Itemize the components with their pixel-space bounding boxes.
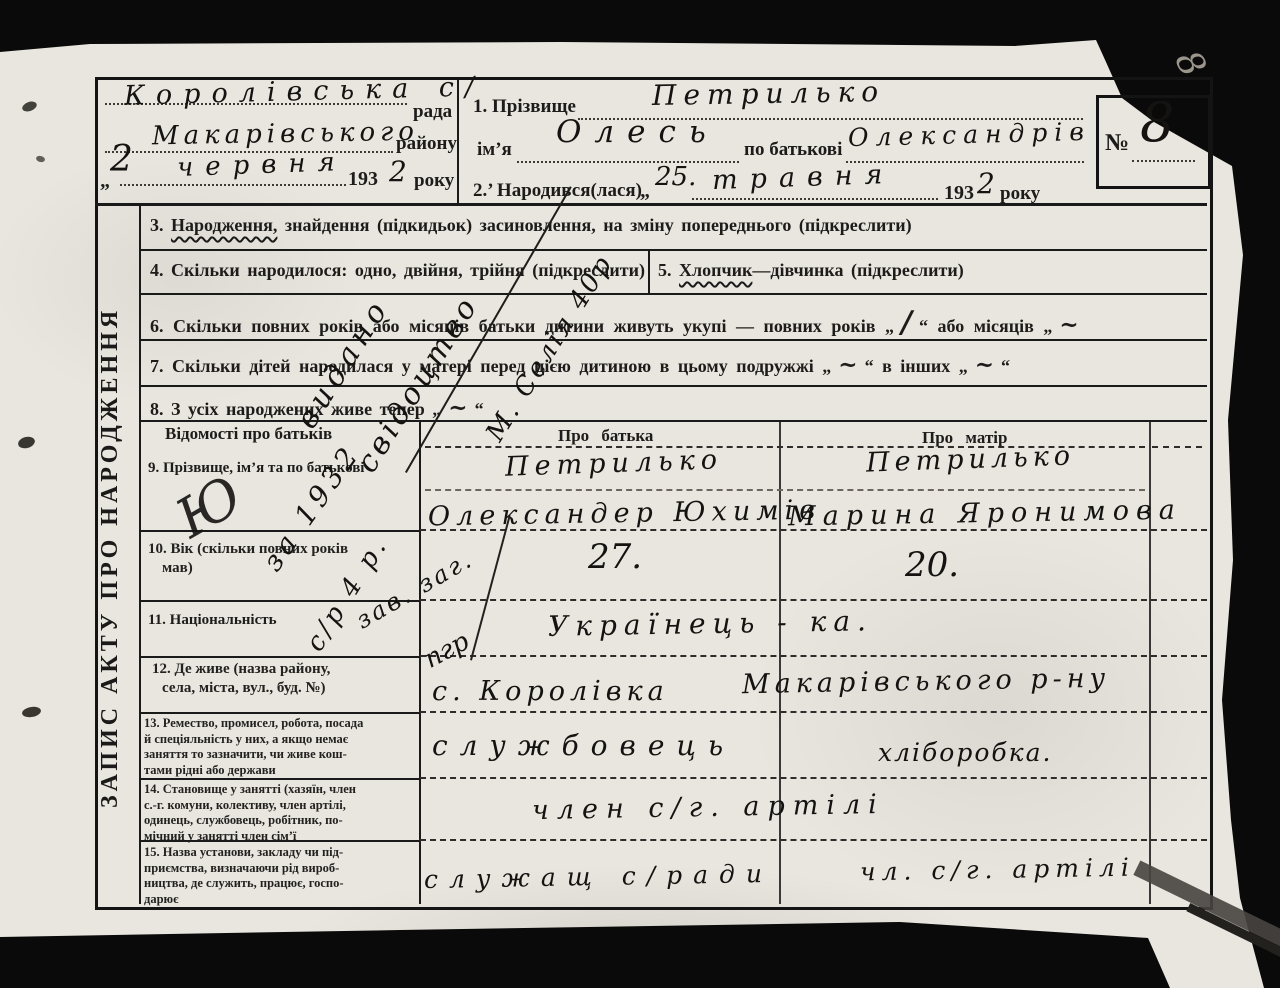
scanned-document: 8 ЗАПИС АКТУ ПРО НАРОДЖЕННЯ рада Королів… [0,0,1280,988]
row15-label-line2: приємства, визначаючи рід вироб- [144,861,416,877]
row15-label-line3: ництва, де служить, працює, госпо- [144,876,416,892]
date-month-handwritten: червня [177,149,347,181]
row12-village-handwritten: с. Королівка [432,678,669,705]
item-6-mark2-handwritten: ~ [1052,311,1085,338]
row14-label: 14. Становище у занятті (хазяїн, член с.… [144,782,416,844]
birth-year-digit-handwritten: 2 [977,170,995,198]
row10-label: 10. Вік (скільки повних років мав) [148,540,348,578]
rule-line [139,206,141,904]
row13-label-line3: заняття то зазначити, чи живе кош- [144,747,416,763]
council-suffix-label: рада [413,101,452,123]
row12-label: 12. Де живе (назва району, села, міста, … [152,660,330,698]
year-prefix-label: 193 [348,168,378,191]
item-6-text2: “ або місяців „ [919,316,1052,336]
row12-district-handwritten: Макарівського р-ну [742,665,1111,698]
rule-line [140,778,420,780]
item-7-text: 7. Скільки дітей народилася у матері пер… [150,356,831,376]
patronymic-field-label: по батькові [744,139,842,161]
rule-line [420,839,1207,841]
name-field-label: ім’я [477,139,512,161]
date-day-handwritten: 2 [110,142,133,178]
item-5: 5. Хлопчик—дівчинка (підкреслити) [658,260,964,281]
row9-father-surname-handwritten: Петрилько [505,446,724,481]
row10-mother-age-handwritten: 20. [905,548,959,582]
item-3-rest: знайдення (підкидьок) засиновлення, на з… [277,215,911,235]
rule-line [140,712,420,714]
item-7-text2: “ в інших „ [865,356,968,376]
item-5-underlined: Хлопчик [679,260,752,280]
rule-line [140,656,420,658]
act-number-handwritten: 8 [1140,96,1174,150]
rule-line [648,251,650,293]
row13-label-line2: й спеціяльність у них, а якщо немає [144,732,416,748]
row14-label-line3: одинець, службовець, робітник, по- [144,813,416,829]
district-name-handwritten: Макарівського [152,119,419,150]
rule-line [1152,446,1202,448]
row13-father-occupation-handwritten: службовець [432,732,735,760]
row13-label: 13. Ремество, промисел, робота, посада й… [144,716,416,778]
rule-line [425,489,1145,491]
item-7-mark-handwritten: ~ [831,351,864,378]
write-line [120,184,346,186]
rule-line [140,249,1207,251]
rule-line [140,385,1207,387]
rule-line [420,711,1207,713]
item-5-rest: —дівчинка (підкреслити) [752,260,963,280]
row14-label-line1: 14. Становище у занятті (хазяїн, член [144,782,416,798]
row13-label-line4: тами рідні або держави [144,763,416,779]
row9-father-name-handwritten: Олександер Юхимів [428,497,821,531]
item-6-mark-handwritten: / [894,305,919,340]
item-5-num: 5. [658,260,672,280]
item-8-text2: “ [475,399,484,419]
item-7: 7. Скільки дітей народилася у матері пер… [150,351,1010,378]
act-number-label: № [1105,130,1129,157]
birth-year-suffix-label: року [1000,183,1040,205]
row11-nationality-handwritten: Українець - ка. [548,607,873,641]
item-7-mark2-handwritten: ~ [968,351,1001,378]
table-col-father-header: Про батька [558,426,653,446]
item-4: 4. Скільки народилося: одно, двійня, трі… [150,260,645,281]
item-3: 3. Народження, знайдення (підкидьок) зас… [150,215,912,236]
date-open-quote: „ [100,170,110,193]
year-suffix-label: року [414,170,454,192]
row9-mother-name-handwritten: Марина Яронимова [788,497,1182,531]
rule-line [419,422,421,904]
rule-line [140,293,1207,295]
rule-line [420,655,1207,657]
row10-label-line2: мав) [148,559,348,578]
rule-line [420,777,1207,779]
row10-label-line1: 10. Вік (скільки повних років [148,540,348,559]
row13-mother-occupation-handwritten: хліборобка. [878,740,1052,765]
item-3-underlined: Народження, [171,215,277,235]
row14-position-handwritten: член с/г. артілі [532,791,885,824]
row15-label: 15. Назва установи, закладу чи під- приє… [144,845,416,907]
name-handwritten: Олесь [556,117,719,148]
rule-line [420,599,1207,601]
item-7-text3: “ [1001,356,1010,376]
birth-month-handwritten: травня [712,161,895,194]
row15-mother-institution-handwritten: чл. с/г. артілі [860,855,1135,885]
surname-handwritten: Петрилько [652,78,886,110]
row15-label-line1: 15. Назва установи, закладу чи під- [144,845,416,861]
item-6-text: 6. Скільки повних років або місяців бать… [150,316,894,336]
row15-father-institution-handwritten: служащ с/ради [424,861,773,892]
patronymic-handwritten: Олександрів [848,119,1091,150]
row11-label: 11. Національність [148,612,277,629]
birth-year-prefix-label: 193 [944,182,974,205]
born-open-quote: „ [640,180,650,203]
born-field-label: 2.’ Народився(лася) [473,180,642,202]
birth-day-handwritten: 25. [655,164,696,190]
registry-vertical-title: ЗАПИС АКТУ ПРО НАРОДЖЕННЯ [97,212,139,902]
row10-father-age-handwritten: 27. [588,540,642,574]
row14-label-line2: с.-г. комуни, колективу, член артілі, [144,798,416,814]
row13-label-line1: 13. Ремество, промисел, робота, посада [144,716,416,732]
item-6: 6. Скільки повних років або місяців бать… [150,305,1086,340]
write-line [517,161,739,163]
write-line [1132,160,1195,162]
row12-label-line2: села, міста, вул., буд. №) [152,679,330,698]
row9-mother-surname-handwritten: Петрилько [866,442,1076,476]
item-3-num: 3. [150,215,164,235]
write-line [692,198,938,200]
row14-label-line4: мічний у занятті член сім’ї [144,829,416,845]
row15-label-line4: дарює [144,892,416,908]
row12-label-line1: 12. Де живе (назва району, [152,660,330,679]
year-digit-handwritten: 2 [389,158,407,186]
